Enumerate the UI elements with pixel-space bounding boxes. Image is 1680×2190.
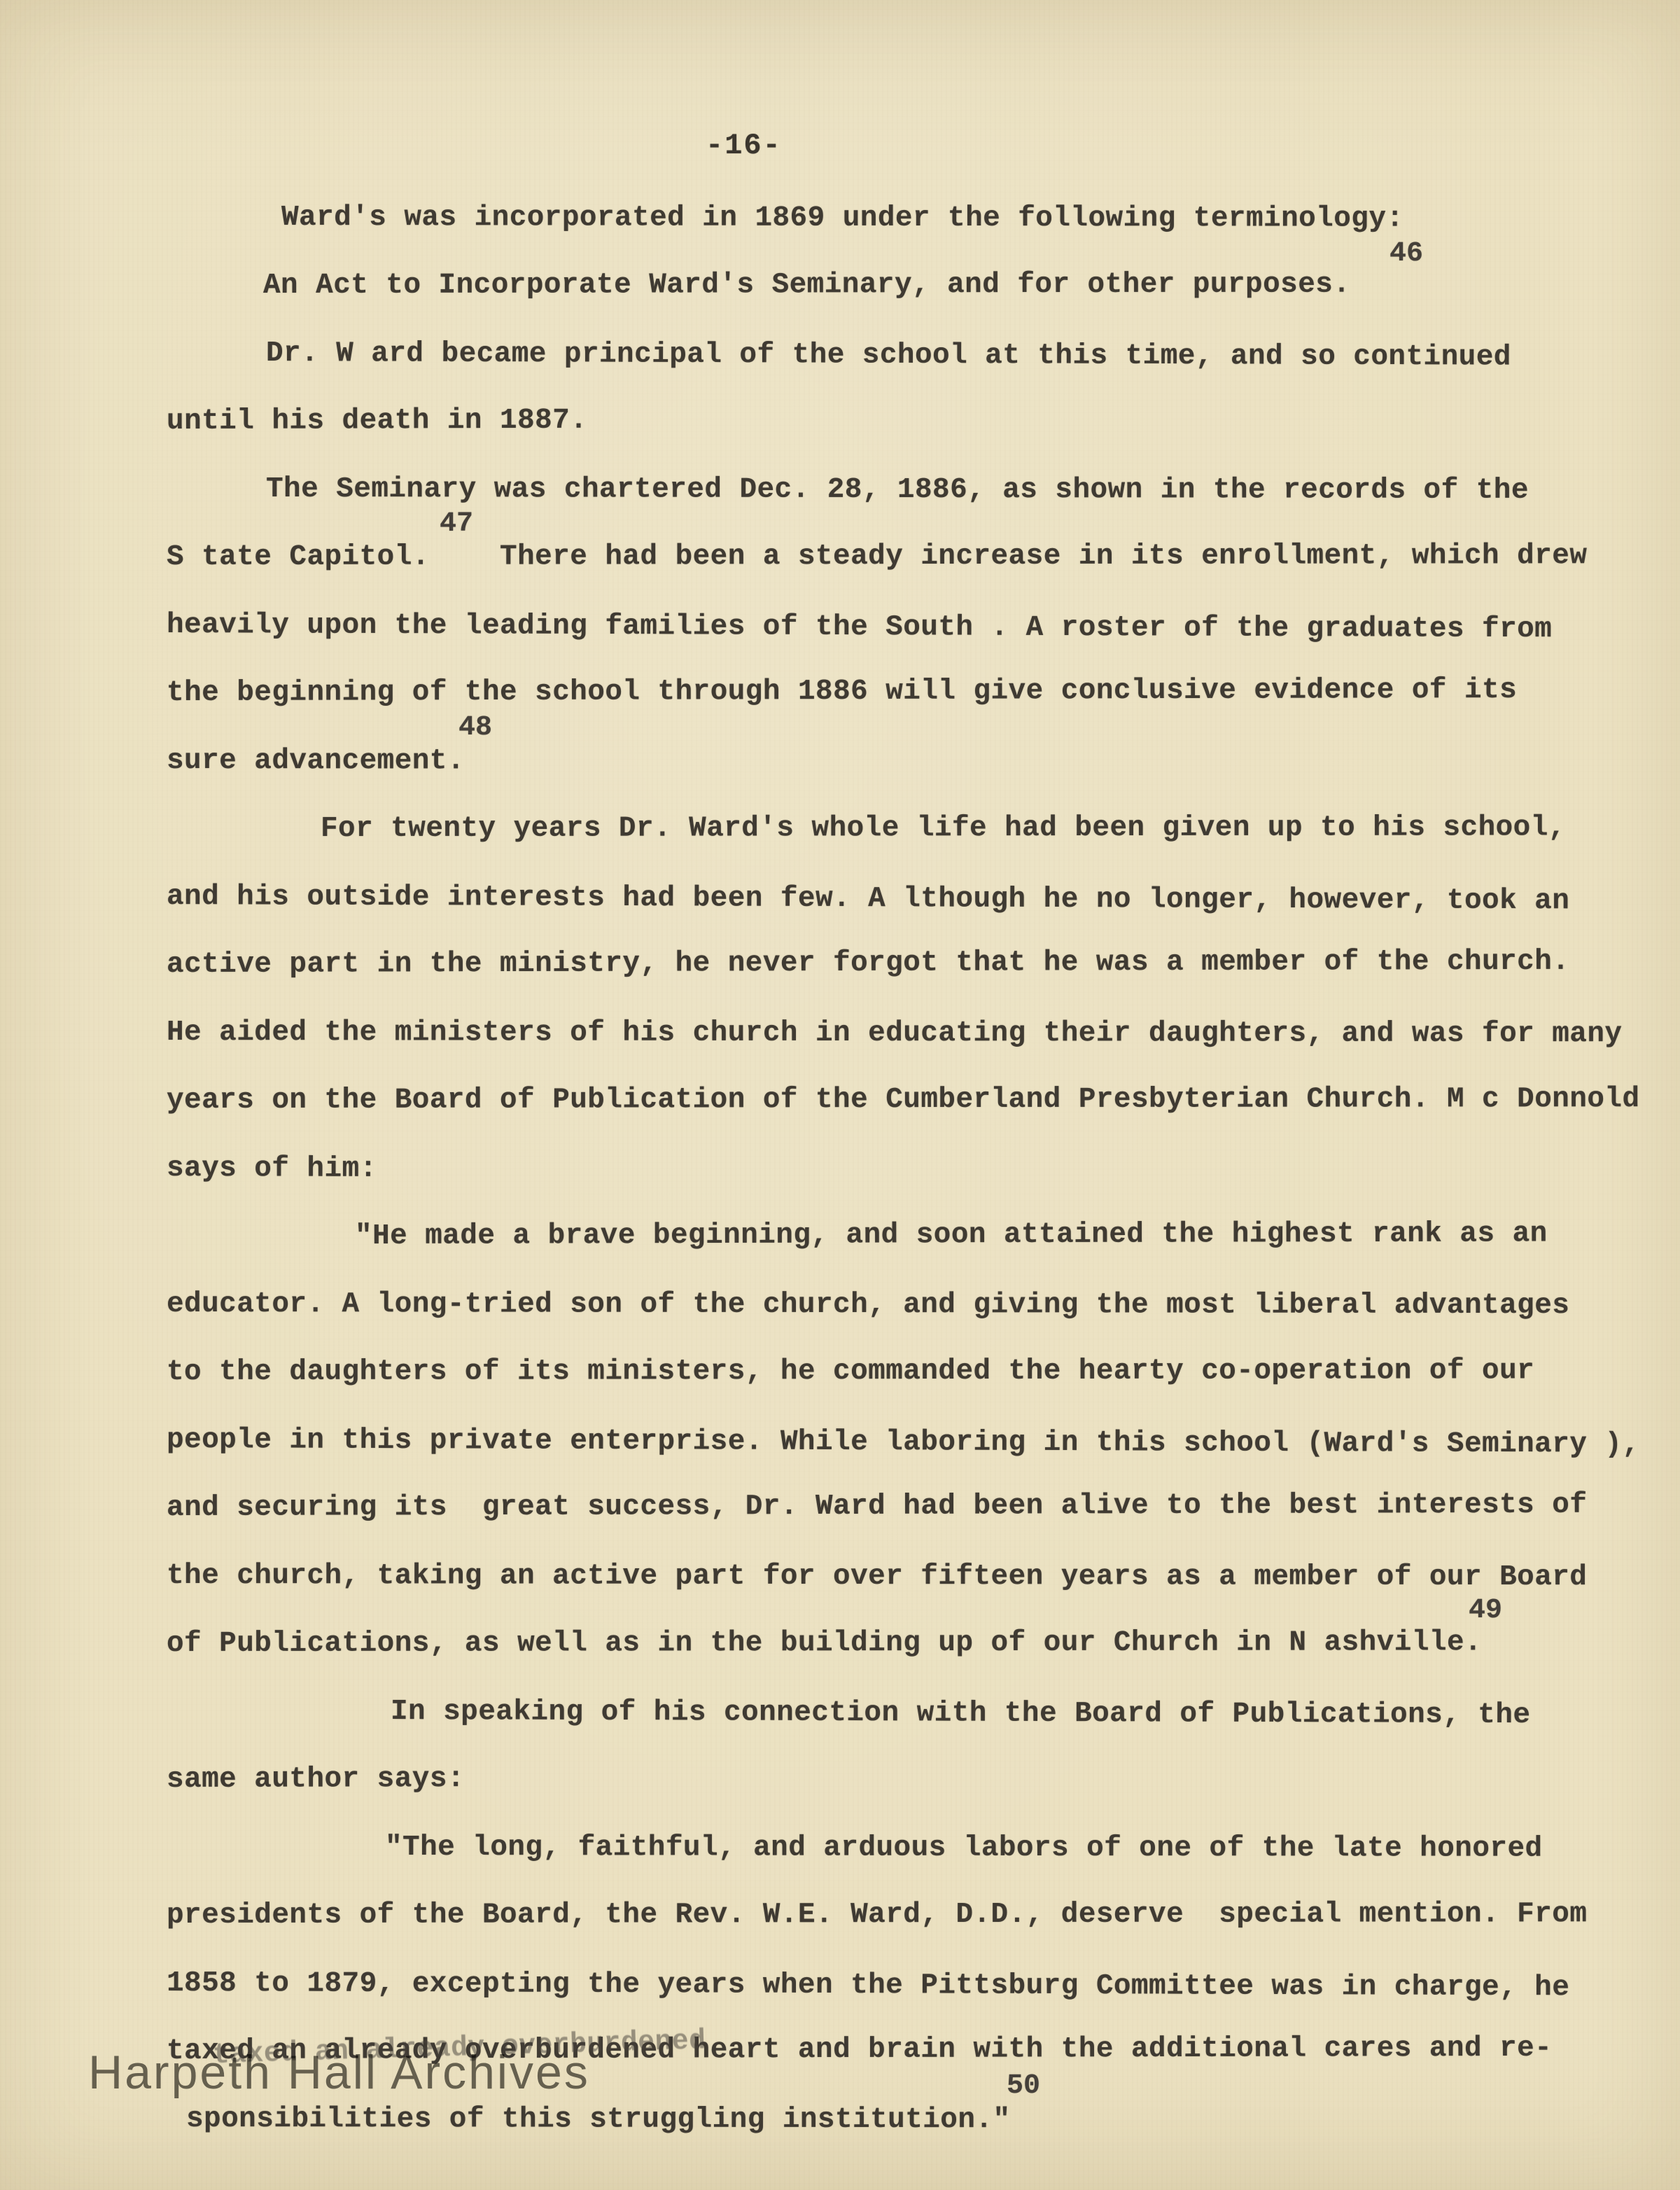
- footnote-ref-49: 49: [1469, 1597, 1502, 1625]
- typed-line: presidents of the Board, the Rev. W.E. W…: [167, 1900, 1587, 1930]
- typed-line: 1858 to 1879, excepting the years when t…: [167, 1969, 1569, 2002]
- footnote-ref-50: 50: [1007, 2072, 1040, 2100]
- typed-line: Ward's was incorporated in 1869 under th…: [281, 204, 1404, 234]
- typed-line: He aided the ministers of his church in …: [167, 1019, 1623, 1049]
- typed-line: and securing its great success, Dr. Ward…: [167, 1491, 1587, 1523]
- typed-line: the church, taking an active part for ov…: [167, 1562, 1587, 1592]
- typed-line: same author says:: [167, 1765, 465, 1794]
- typed-line: people in this private enterprise. While…: [167, 1426, 1640, 1460]
- footnote-ref-46: 46: [1389, 240, 1423, 268]
- typed-line: heavily upon the leading families of the…: [167, 611, 1552, 644]
- typed-line: Dr. W ard became principal of the school…: [266, 340, 1511, 372]
- typed-manuscript-page: -16- Ward's was incorporated in 1869 und…: [0, 0, 1680, 2190]
- typed-line: S tate Capitol. There had been a steady …: [167, 542, 1587, 572]
- typed-line: of Publications, as well as in the build…: [167, 1628, 1482, 1659]
- typed-line: until his death in 1887.: [167, 407, 587, 436]
- typed-line: educator. A long-tried son of the church…: [167, 1290, 1569, 1320]
- watermark: Harpeth Hall Archives: [88, 2049, 590, 2096]
- page-number: -16-: [706, 131, 782, 160]
- typed-line: sponsibilities of this struggling instit…: [186, 2105, 1011, 2135]
- typed-line: years on the Board of Publication of the…: [167, 1085, 1640, 1115]
- typed-line: active part in the ministry, he never fo…: [167, 948, 1569, 979]
- typed-line: sure advancement.: [167, 747, 465, 776]
- typed-line: to the daughters of its ministers, he co…: [167, 1357, 1534, 1387]
- typed-line: says of him:: [167, 1155, 377, 1184]
- typed-line: The Seminary was chartered Dec. 28, 1886…: [266, 475, 1529, 505]
- typed-line: the beginning of the school through 1886…: [167, 676, 1517, 708]
- footnote-ref-48: 48: [458, 714, 492, 742]
- typed-line: "He made a brave beginning, and soon att…: [355, 1220, 1548, 1251]
- typed-line: and his outside interests had been few. …: [167, 883, 1569, 916]
- typed-line: "The long, faithful, and arduous labors …: [385, 1834, 1543, 1864]
- typed-line: In speaking of his connection with the B…: [391, 1698, 1531, 1730]
- typed-line: An Act to Incorporate Ward's Seminary, a…: [263, 271, 1350, 300]
- footnote-ref-47: 47: [440, 510, 473, 538]
- typed-line: For twenty years Dr. Ward's whole life h…: [321, 814, 1566, 844]
